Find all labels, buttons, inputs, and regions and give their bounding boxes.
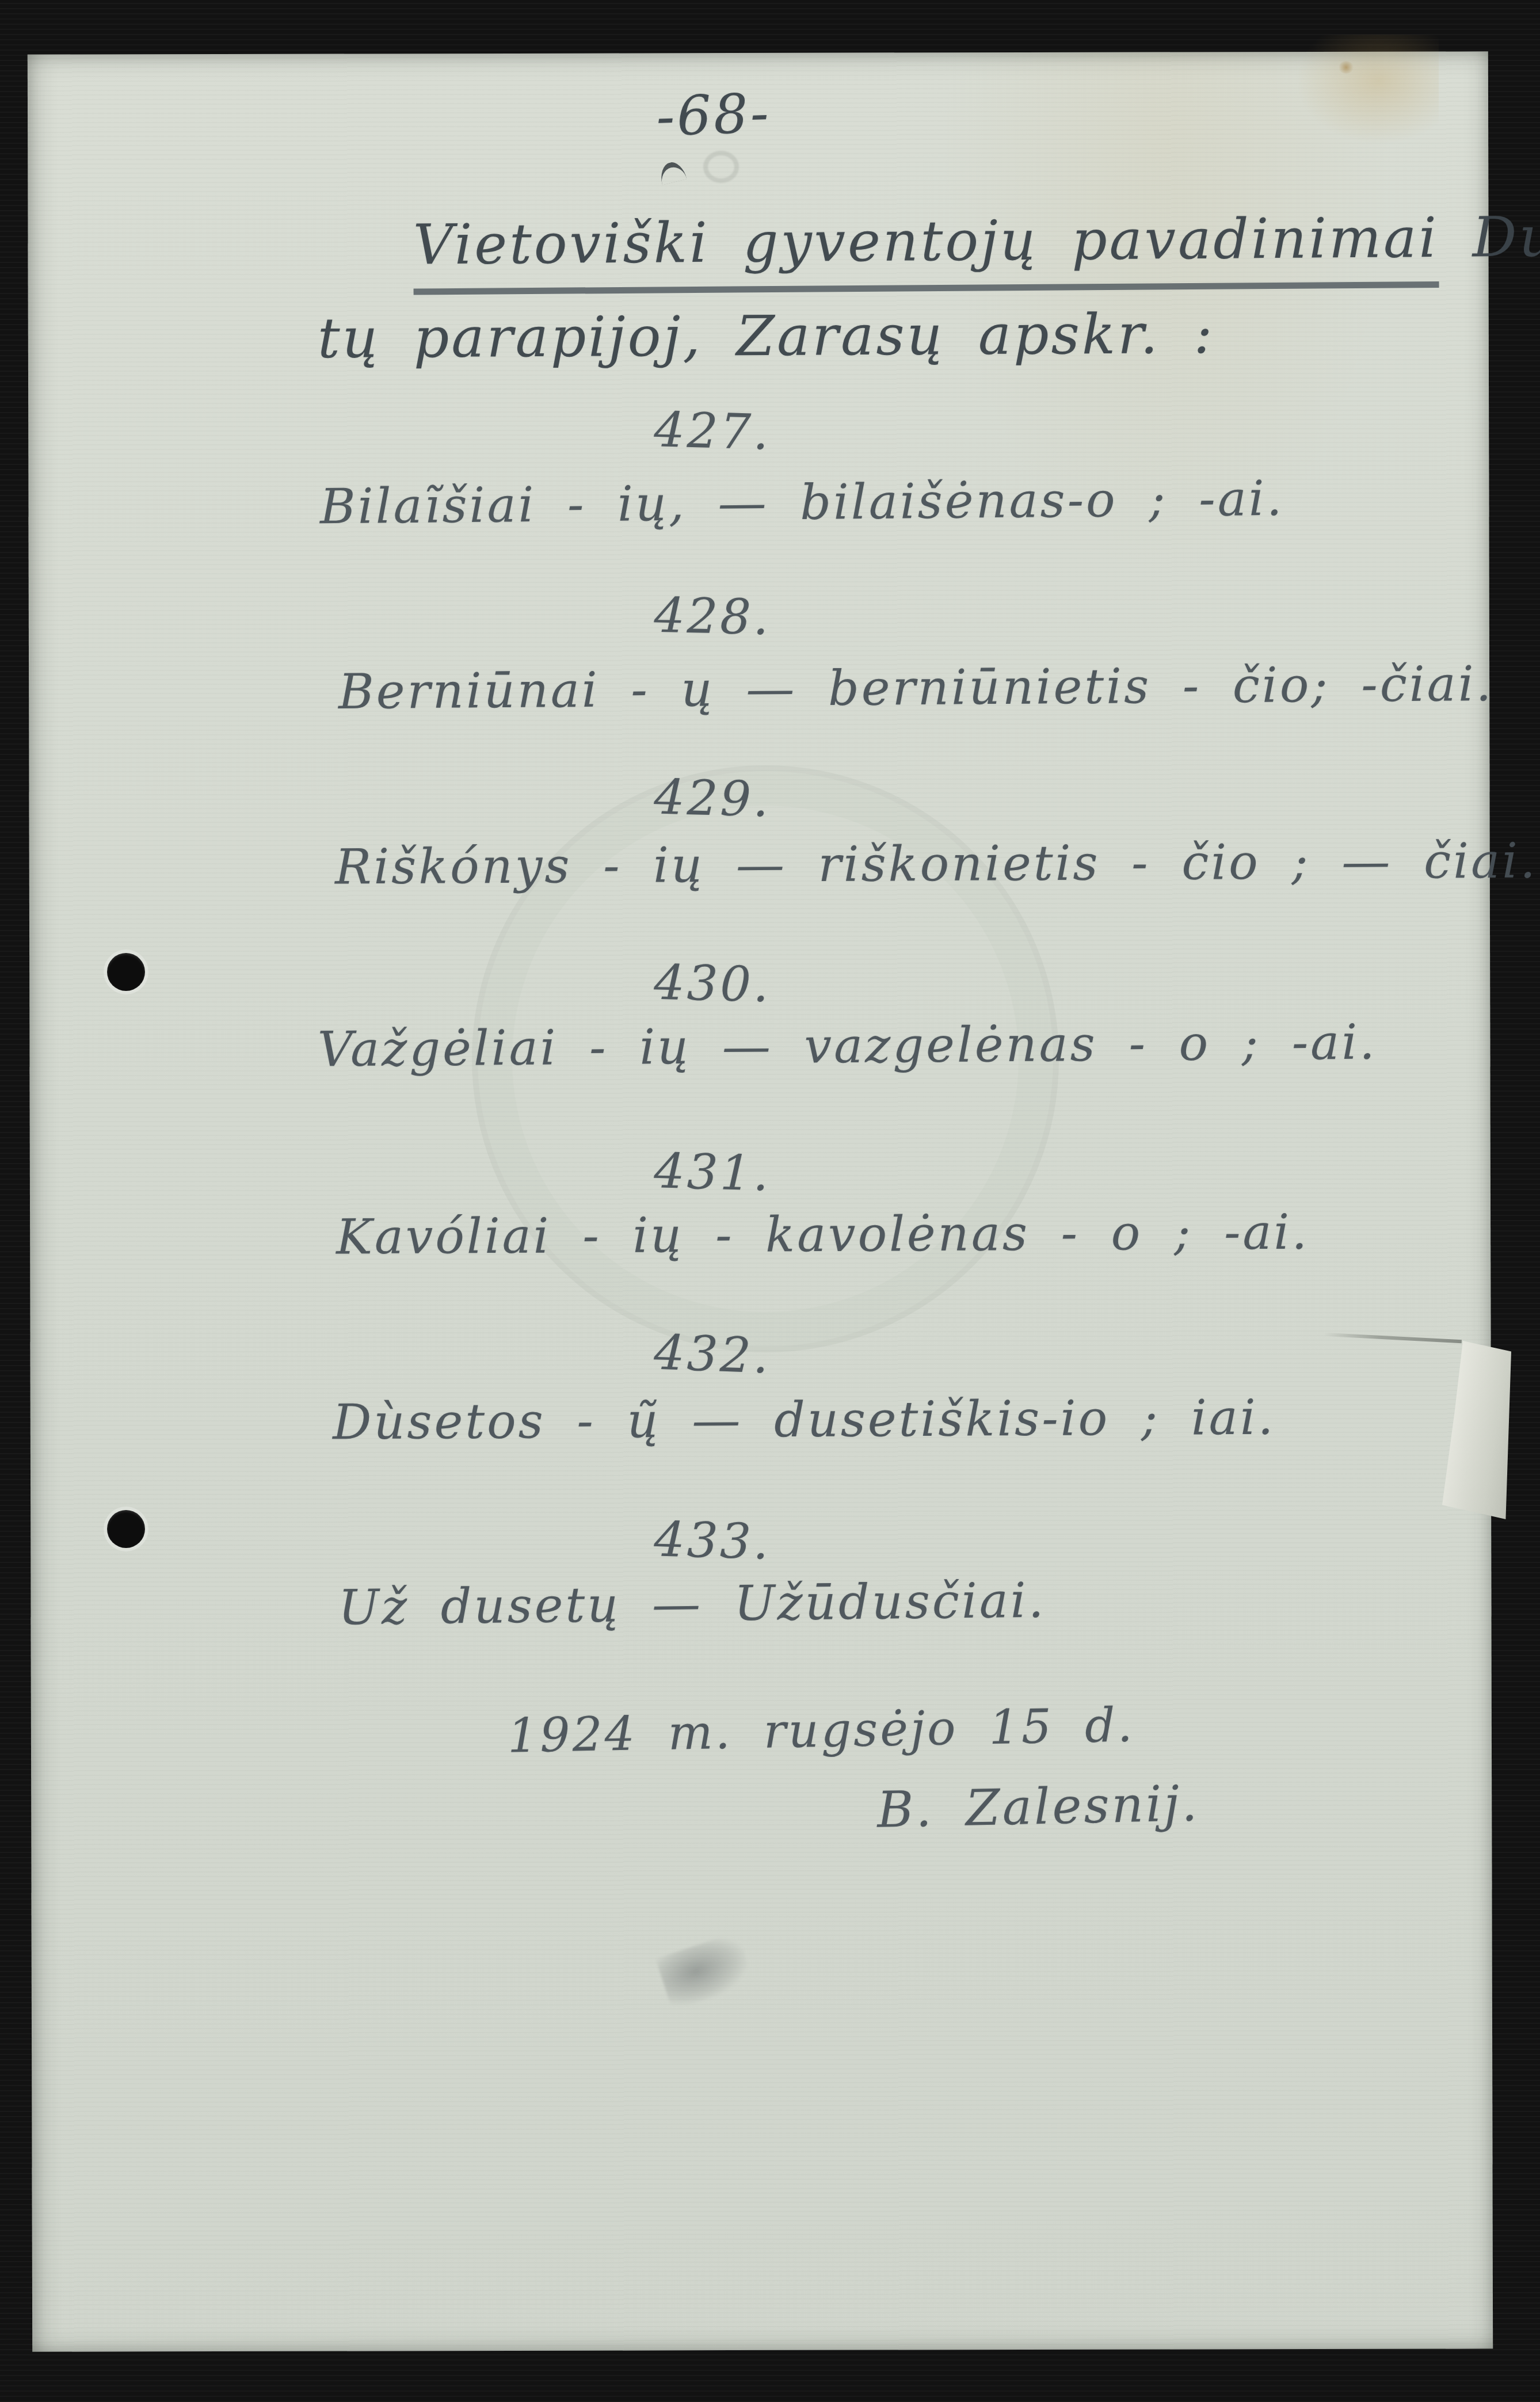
entry-number: 430. xyxy=(620,953,805,1013)
title-tail: Duse- xyxy=(1439,204,1540,270)
document-title-line1: Vietoviški gyventojų pavadinimai Duse- xyxy=(413,204,1540,277)
paper-stain-dot xyxy=(1339,61,1354,74)
punch-hole-top xyxy=(107,953,145,991)
entry-number: 427. xyxy=(620,401,805,462)
faint-stamp-mark xyxy=(703,151,739,183)
entry-text: Dùsetos - ų̃ — dusetiškis-io ; iai. xyxy=(333,1389,1276,1451)
entry-number: 433. xyxy=(620,1510,806,1572)
entry-text: Už dusetų — Užūdusčiai. xyxy=(338,1572,1046,1636)
entry-number: 432. xyxy=(619,1322,805,1385)
entry-text: Berniūnai - ų — berniūnietis - čio; -čia… xyxy=(338,655,1494,720)
date-line: 1924 m. rugsėjo 15 d. xyxy=(507,1698,1135,1763)
entry-text: Važgėliai - ių — vazgelėnas - o ; -ai. xyxy=(318,1014,1377,1078)
punch-hole-bottom xyxy=(107,1510,145,1548)
title-underlined-part: Vietoviški gyventojų pavadinimai xyxy=(413,205,1439,295)
paper-stain xyxy=(1289,35,1439,150)
document-title-line2: tų parapijoj, Zarasų apskr. : xyxy=(318,302,1215,371)
scanned-document: -68- Vietoviški gyventojų pavadinimai Du… xyxy=(0,0,1540,2402)
entry-text: Kavóliai - ių - kavolėnas - o ; -ai. xyxy=(336,1204,1310,1265)
entry-number: 429. xyxy=(620,768,805,829)
page-number: -68- xyxy=(615,81,813,150)
entry-text: Bilaĩšiai - ių, — bilaišėnas-o ; -ai. xyxy=(320,470,1284,535)
signature: B. Zalesnij. xyxy=(876,1775,1200,1839)
entry-number: 431. xyxy=(620,1142,805,1203)
entry-text: Riškónys - ių — riškonietis - čio ; — či… xyxy=(335,833,1538,895)
entry-number: 428. xyxy=(620,586,805,647)
